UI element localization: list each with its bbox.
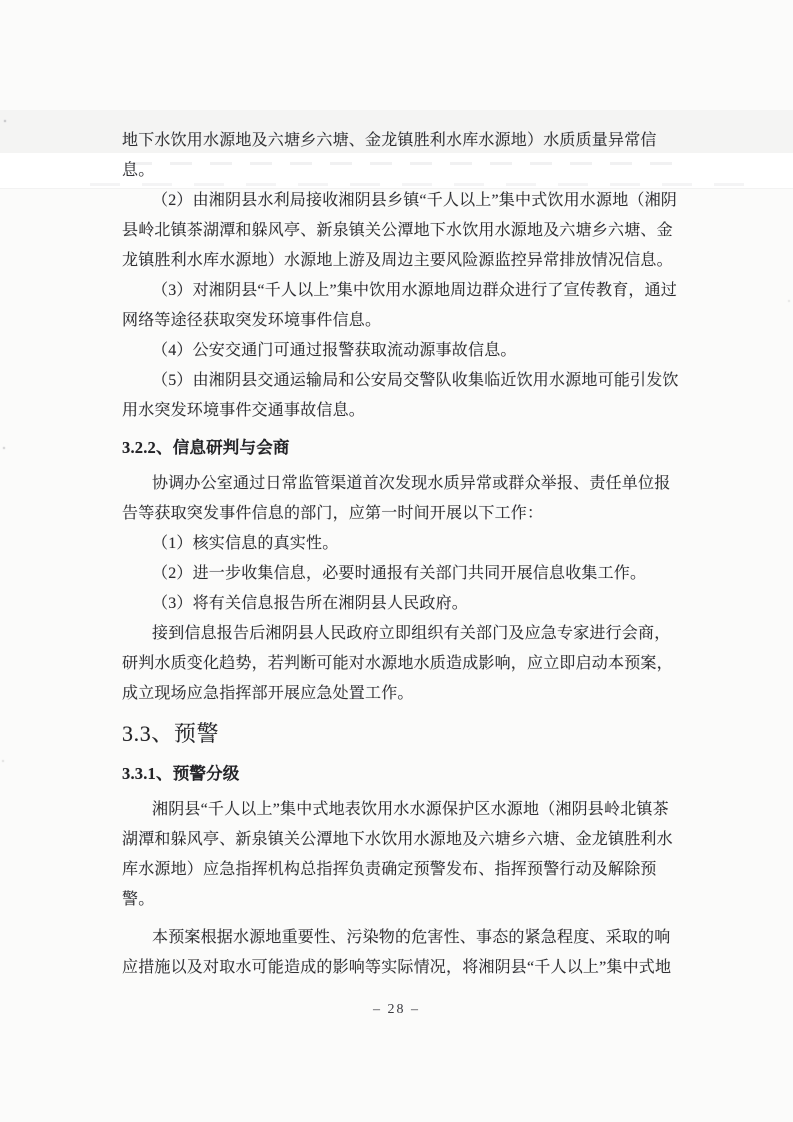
text-line: 3.2.2、信息研判与会商 (122, 433, 678, 463)
text-line: 库水源地）应急指挥机构总指挥负责确定预警发布、指挥预警行动及解除预 (122, 855, 678, 885)
page-number-text: – 28 – (373, 1002, 420, 1017)
text-line: 网络等途径获取突发环境事件信息。 (122, 306, 678, 336)
scanned-document-page: 地下水饮用水源地及六塘乡六塘、金龙镇胜利水库水源地）水质质量异常信息。（2）由湘… (0, 0, 793, 1122)
paragraph: （5）由湘阴县交通运输局和公安局交警队收集临近饮用水源地可能引发饮用水突发环境事… (122, 366, 678, 426)
text-line: 接到信息报告后湘阴县人民政府立即组织有关部门及应急专家进行会商， (122, 619, 678, 649)
page-number: – 28 – (0, 1002, 793, 1018)
text-line: 龙镇胜利水库水源地）水源地上游及周边主要风险源监控异常排放情况信息。 (122, 246, 678, 276)
paragraph: 本预案根据水源地重要性、污染物的危害性、事态的紧急程度、采取的响应措施以及对取水… (122, 923, 678, 983)
text-line: （2）进一步收集信息，必要时通报有关部门共同开展信息收集工作。 (122, 559, 678, 589)
text-line: （3）将有关信息报告所在湘阴县人民政府。 (122, 589, 678, 619)
text-line: 3.3.1、预警分级 (122, 759, 678, 789)
paragraph: （1）核实信息的真实性。 (122, 529, 678, 559)
paragraph: 协调办公室通过日常监管渠道首次发现水质异常或群众举报、责任单位报告等获取突发事件… (122, 469, 678, 529)
section-heading-2: 3.3、预警 (122, 716, 678, 752)
section-heading-3: 3.2.2、信息研判与会商 (122, 433, 678, 463)
section-heading-3: 3.3.1、预警分级 (122, 759, 678, 789)
text-line: 成立现场应急指挥部开展应急处置工作。 (122, 679, 678, 709)
paragraph-continuation: 地下水饮用水源地及六塘乡六塘、金龙镇胜利水库水源地）水质质量异常信息。 (122, 126, 678, 186)
paragraph: （4）公安交通门可通过报警获取流动源事故信息。 (122, 336, 678, 366)
text-line: 警。 (122, 885, 678, 915)
text-line: 告等获取突发事件信息的部门，应第一时间开展以下工作： (122, 499, 678, 529)
paragraph: （3）对湘阴县“千人以上”集中饮用水源地周边群众进行了宣传教育，通过网络等途径获… (122, 276, 678, 336)
text-line: 地下水饮用水源地及六塘乡六塘、金龙镇胜利水库水源地）水质质量异常信 (122, 126, 678, 156)
paragraph: 接到信息报告后湘阴县人民政府立即组织有关部门及应急专家进行会商，研判水质变化趋势… (122, 619, 678, 709)
paragraph: （2）由湘阴县水利局接收湘阴县乡镇“千人以上”集中式饮用水源地（湘阴县岭北镇茶湖… (122, 186, 678, 276)
document-content: 地下水饮用水源地及六塘乡六塘、金龙镇胜利水库水源地）水质质量异常信息。（2）由湘… (122, 126, 678, 983)
text-line: 湖潭和躲风亭、新泉镇关公潭地下水饮用水源地及六塘乡六塘、金龙镇胜利水 (122, 825, 678, 855)
text-line: 3.3、预警 (122, 716, 678, 752)
text-line: （1）核实信息的真实性。 (122, 529, 678, 559)
text-line: （5）由湘阴县交通运输局和公安局交警队收集临近饮用水源地可能引发饮 (122, 366, 678, 396)
text-line: 研判水质变化趋势，若判断可能对水源地水质造成影响，应立即启动本预案， (122, 649, 678, 679)
text-line: 息。 (122, 156, 678, 186)
text-line: （2）由湘阴县水利局接收湘阴县乡镇“千人以上”集中式饮用水源地（湘阴 (122, 186, 678, 216)
text-line: 湘阴县“千人以上”集中式地表饮用水水源保护区水源地（湘阴县岭北镇茶 (122, 795, 678, 825)
scan-artifact-speckle (0, 0, 2, 2)
text-line: 县岭北镇茶湖潭和躲风亭、新泉镇关公潭地下水饮用水源地及六塘乡六塘、金 (122, 216, 678, 246)
text-line: 本预案根据水源地重要性、污染物的危害性、事态的紧急程度、采取的响 (122, 923, 678, 953)
text-line: （3）对湘阴县“千人以上”集中饮用水源地周边群众进行了宣传教育，通过 (122, 276, 678, 306)
text-line: 用水突发环境事件交通事故信息。 (122, 396, 678, 426)
text-line: （4）公安交通门可通过报警获取流动源事故信息。 (122, 336, 678, 366)
text-line: 应措施以及对取水可能造成的影响等实际情况，将湘阴县“千人以上”集中式地 (122, 953, 678, 983)
paragraph: （2）进一步收集信息，必要时通报有关部门共同开展信息收集工作。 (122, 559, 678, 589)
paragraph: （3）将有关信息报告所在湘阴县人民政府。 (122, 589, 678, 619)
paragraph: 湘阴县“千人以上”集中式地表饮用水水源保护区水源地（湘阴县岭北镇茶湖潭和躲风亭、… (122, 795, 678, 915)
text-line: 协调办公室通过日常监管渠道首次发现水质异常或群众举报、责任单位报 (122, 469, 678, 499)
